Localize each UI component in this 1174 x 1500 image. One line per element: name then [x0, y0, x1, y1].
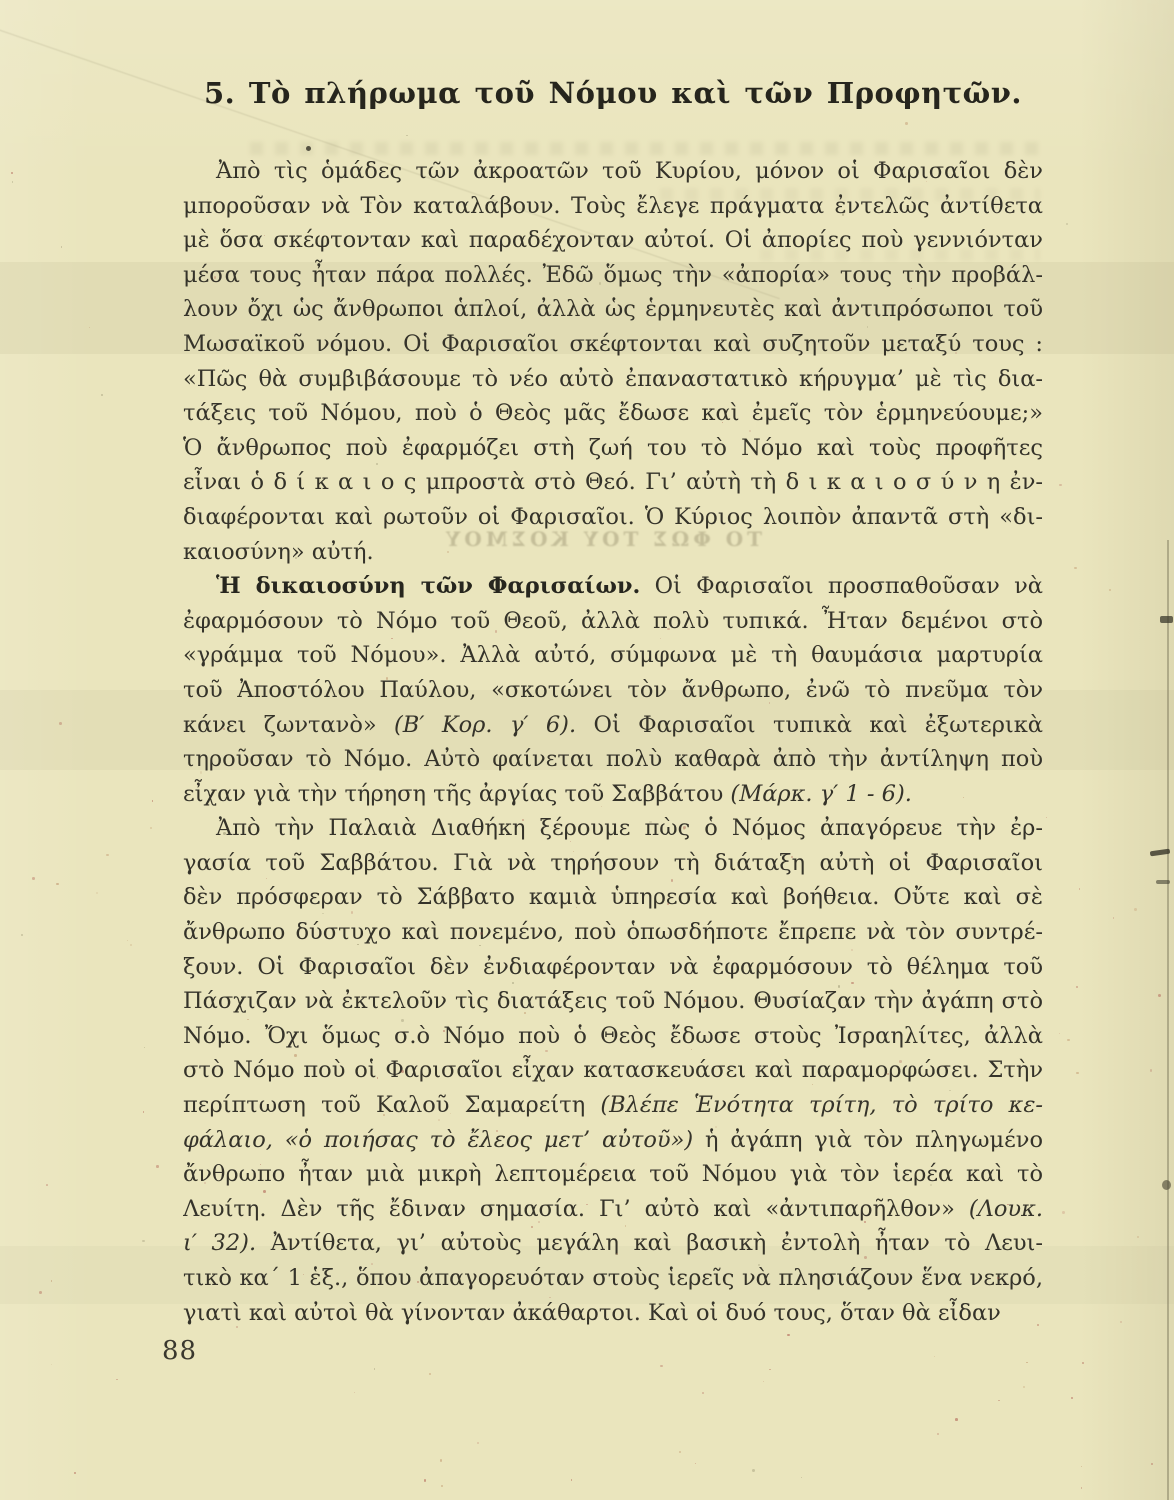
speckle-dot — [127, 940, 129, 942]
text-segment: (Β′ Κορ. γ′ 6). — [394, 712, 576, 738]
text-segment: Ἡ δικαιοσύνη τῶν Φαρισαίων. — [216, 573, 640, 599]
text-segment: «γράμμα τοῦ Νόμου». Ἀλλὰ αὐτό, σύμφωνα μ… — [183, 642, 1043, 668]
text-line: Ἀπὸ τὴν Παλαιὰ Διαθήκη ξέρουμε πὼς ὁ Νόμ… — [183, 811, 1043, 846]
text-segment: τικὸ κα΄ 1 ἑξ., ὅπου ἀπαγορευόταν στοὺς … — [183, 1265, 1043, 1291]
text-line: κάνει ζωντανὸ» (Β′ Κορ. γ′ 6). Οἱ Φαρισα… — [183, 708, 1043, 743]
text-line: Ἡ δικαιοσύνη τῶν Φαρισαίων. Οἱ Φαρισαῖοι… — [183, 569, 1043, 604]
speckle-dot — [89, 327, 90, 328]
speckle-dot — [1081, 1487, 1083, 1489]
text-segment: Οἱ Φαρισαῖοι προσπαθοῦσαν νὰ — [640, 573, 1043, 599]
speckle-dot — [1137, 1236, 1139, 1238]
speckle-dot — [143, 1111, 144, 1112]
speckle-dot — [150, 827, 152, 829]
text-line: εἶναι ὁ δ ί κ α ι ο ς μπροστὰ στὸ Θεό. Γ… — [183, 465, 1043, 500]
text-line: δὲν πρόσφεραν τὸ Σάββατο καμιὰ ὑπηρεσία … — [183, 880, 1043, 915]
text-segment: μέσα τους ἦταν πάρα πολλές. Ἐδῶ ὅμως τὴν… — [183, 262, 1043, 288]
speckle-dot — [32, 877, 35, 880]
text-segment: στὸ Νόμο ποὺ οἱ Φαρισαῖοι εἶχαν κατασκευ… — [183, 1057, 1043, 1083]
page-edge-mark — [1162, 1180, 1171, 1190]
text-line: φάλαιο, «ὁ ποιήσας τὸ ἔλεος μετ’ αὐτοῦ»)… — [183, 1123, 1043, 1158]
speckle-dot — [61, 246, 63, 248]
text-line: στὸ Νόμο ποὺ οἱ Φαρισαῖοι εἶχαν κατασκευ… — [183, 1053, 1043, 1088]
text-segment: καιοσύνη» αὐτή. — [183, 539, 374, 565]
speckle-dot — [144, 1047, 145, 1048]
speckle-dot — [695, 1463, 697, 1465]
speckle-dot — [101, 394, 103, 396]
text-segment: Νόμο. Ὄχι ὅμως σ.ὸ Νόμο ποὺ ὁ Θεὸς ἔδωσε… — [183, 1023, 1043, 1049]
text-segment: εἶχαν γιὰ τὴν τήρηση τῆς ἀργίας τοῦ Σαββ… — [183, 781, 730, 807]
text-line: τικὸ κα΄ 1 ἑξ., ὅπου ἀπαγορευόταν στοὺς … — [183, 1261, 1043, 1296]
speckle-dot — [424, 1479, 426, 1481]
speckle-dot — [56, 883, 59, 886]
speckle-dot — [998, 1400, 1000, 1402]
text-line: ξουν. Οἱ Φαρισαῖοι δὲν ἐνδιαφέρονταν νὰ … — [183, 950, 1043, 985]
speckle-dot — [106, 854, 109, 857]
speckle-dot — [571, 1479, 573, 1481]
text-line: τάξεις τοῦ Νόμου, ποὺ ὁ Θεὸς μᾶς ἔδωσε κ… — [183, 396, 1043, 431]
speckle-dot — [1046, 817, 1047, 818]
page-edge-line — [1167, 540, 1169, 1500]
speckle-dot — [763, 1381, 764, 1382]
text-line: λουν ὄχι ὡς ἄνθρωποι ἁπλοί, ἀλλὰ ὡς ἑρμη… — [183, 292, 1043, 327]
text-segment: γιατὶ καὶ αὐτοὶ θὰ γίνονταν ἀκάθαρτοι. Κ… — [183, 1300, 1001, 1326]
speckle-dot — [21, 934, 23, 936]
speckle-dot — [1113, 917, 1115, 919]
text-line: γασία τοῦ Σαββάτου. Γιὰ νὰ τηρήσουν τὴ δ… — [183, 846, 1043, 881]
speckle-dot — [374, 1368, 376, 1370]
text-line: μὲ ὅσα σκέφτονταν καὶ παραδέχονταν αὐτοί… — [183, 223, 1043, 258]
speckle-dot — [440, 1459, 443, 1462]
text-segment: (Λουκ. — [969, 1196, 1043, 1222]
speckle-dot — [477, 1442, 478, 1443]
speckle-dot — [752, 1469, 755, 1472]
text-segment: ξουν. Οἱ Φαρισαῖοι δὲν ἐνδιαφέρονταν νὰ … — [183, 954, 1043, 985]
speckle-dot — [787, 1334, 789, 1336]
speckle-dot — [152, 800, 154, 802]
speckle-dot — [96, 892, 98, 894]
text-segment: Οἱ Φαρισαῖοι τυπικὰ καὶ ἐξωτερικὰ — [576, 712, 1043, 738]
speckle-dot — [1120, 1321, 1122, 1323]
text-line: Λευίτη. Δὲν τῆς ἔδιναν σημασία. Γι’ αὐτὸ… — [183, 1192, 1043, 1227]
text-segment: ἄνθρωπο δύστυχο καὶ πονεμένο, ποὺ ὁπωσδή… — [183, 919, 1043, 945]
text-segment: μποροῦσαν νὰ Τὸν καταλάβουν. Τοὺς ἔλεγε … — [183, 193, 1043, 219]
text-segment: φάλαιο, «ὁ ποιήσας τὸ ἔλεος μετ’ αὐτοῦ») — [183, 1127, 693, 1153]
speckle-dot — [1109, 589, 1111, 591]
text-segment: Ἀπὸ τὶς ὁμάδες τῶν ἀκροατῶν τοῦ Κυρίου, … — [216, 158, 1043, 184]
speckle-dot — [1059, 484, 1062, 487]
speckle-dot — [1059, 1033, 1060, 1034]
speckle-dot — [1071, 1397, 1073, 1399]
speckle-dot — [1081, 1466, 1082, 1467]
speckle-dot — [769, 1369, 771, 1371]
text-segment: Λευίτη. Δὲν τῆς ἔδιναν σημασία. Γι’ αὐτὸ… — [183, 1196, 969, 1222]
speckle-dot — [39, 1291, 42, 1294]
text-segment: (Μάρκ. γ′ 1 - 6). — [730, 781, 911, 807]
speckle-dot — [1082, 1362, 1084, 1364]
text-line: τοῦ Ἀποστόλου Παύλου, «σκοτώνει τὸν ἄνθρ… — [183, 673, 1043, 708]
section-title: 5. Τὸ πλήρωμα τοῦ Νόμου καὶ τῶν Προφητῶν… — [183, 76, 1043, 110]
text-segment: τάξεις τοῦ Νόμου, ποὺ ὁ Θεὸς μᾶς ἔδωσε κ… — [183, 400, 1043, 426]
page-edge-mark — [1160, 616, 1173, 623]
speckle-dot — [116, 1379, 117, 1380]
text-line: μέσα τους ἦταν πάρα πολλές. Ἐδῶ ὅμως τὴν… — [183, 258, 1043, 293]
text-line: Νόμο. Ὄχι ὅμως σ.ὸ Νόμο ποὺ ὁ Θεὸς ἔδωσε… — [183, 1019, 1043, 1054]
text-line: εἶχαν γιὰ τὴν τήρηση τῆς ἀργίας τοῦ Σαββ… — [183, 777, 1043, 812]
text-segment: ἄνθρωπο ἦταν μιὰ μικρὴ λεπτομέρεια τοῦ Ν… — [183, 1161, 1043, 1187]
speckle-dot — [660, 1365, 663, 1368]
scanned-page: ΤΟ ΦΩΣ ΤΟΥ ΚΟΣΜΟΥ 5. Τὸ πλήρωμα τοῦ Νόμο… — [0, 0, 1174, 1500]
speckle-dot — [1076, 1072, 1078, 1074]
speckle-dot — [934, 1356, 936, 1358]
text-line: ἄνθρωπο ἦταν μιὰ μικρὴ λεπτομέρεια τοῦ Ν… — [183, 1157, 1043, 1192]
text-line: Ὁ ἄνθρωπος ποὺ ἐφαρμόζει στὴ ζωή του τὸ … — [183, 431, 1043, 466]
speckle-dot — [1079, 888, 1081, 890]
speckle-dot — [1151, 1463, 1153, 1465]
speckle-dot — [130, 944, 132, 946]
text-line: περίπτωση τοῦ Καλοῦ Σαμαρείτη (Βλέπε Ἑνό… — [183, 1088, 1043, 1123]
speckle-dot — [1026, 1362, 1027, 1363]
text-segment: διαφέρονται καὶ ρωτοῦν οἱ Φαρισαῖοι. Ὁ Κ… — [183, 504, 1043, 530]
text-line: ἐφαρμόσουν τὸ Νόμο τοῦ Θεοῦ, ἀλλὰ πολὺ τ… — [183, 604, 1043, 639]
speckle-dot — [429, 1373, 432, 1376]
speckle-dot — [406, 135, 408, 137]
speckle-dot — [1150, 1069, 1153, 1072]
speckle-dot — [51, 1280, 53, 1282]
speckle-dot — [1023, 1386, 1025, 1388]
text-line: ι′ 32). Ἀντίθετα, γι’ αὐτοὺς μεγάλη καὶ … — [183, 1226, 1043, 1261]
text-line: Ἀπὸ τὶς ὁμάδες τῶν ἀκροατῶν τοῦ Κυρίου, … — [183, 154, 1043, 189]
speckle-dot — [156, 1165, 158, 1167]
text-segment: (Βλέπε Ἑνότητα τρίτη, τὸ τρίτο κε- — [600, 1092, 1043, 1118]
speckle-dot — [51, 1364, 53, 1366]
speckle-dot — [1158, 994, 1161, 997]
speckle-dot — [1076, 986, 1078, 988]
text-segment: «Πῶς θὰ συμβιβάσουμε τὸ νέο αὐτὸ ἐπαναστ… — [183, 366, 1043, 392]
text-segment: μὲ ὅσα σκέφτονταν καὶ παραδέχονταν αὐτοί… — [183, 227, 1043, 253]
page-number: 88 — [162, 1336, 197, 1366]
speckle-dot — [1062, 1211, 1065, 1214]
text-segment: ἡ ἀγάπη γιὰ τὸν πληγωμένο — [693, 1127, 1043, 1153]
speckle-dot — [354, 1392, 355, 1393]
text-segment: ι′ 32). — [183, 1230, 256, 1256]
speckle-dot — [905, 122, 908, 125]
speckle-dot — [1134, 908, 1137, 911]
speckle-dot — [1067, 1039, 1070, 1042]
speckle-dot — [1074, 567, 1076, 569]
text-block: Ἀπὸ τὶς ὁμάδες τῶν ἀκροατῶν τοῦ Κυρίου, … — [183, 154, 1043, 1330]
text-segment: τηροῦσαν τὸ Νόμο. Αὐτὸ φαίνεται πολὺ καθ… — [183, 746, 1043, 772]
text-line: καιοσύνη» αὐτή. — [183, 535, 1043, 570]
text-segment: εἶναι ὁ δ ί κ α ι ο ς μπροστὰ στὸ Θεό. Γ… — [183, 469, 1043, 495]
ink-blot — [306, 146, 311, 151]
text-segment: ἐφαρμόσουν τὸ Νόμο τοῦ Θεοῦ, ἀλλὰ πολὺ τ… — [183, 608, 1043, 634]
text-line: «Πῶς θὰ συμβιβάσουμε τὸ νέο αὐτὸ ἐπαναστ… — [183, 362, 1043, 397]
speckle-dot — [679, 1451, 681, 1453]
speckle-dot — [59, 722, 62, 725]
text-segment: δὲν πρόσφεραν τὸ Σάββατο καμιὰ ὑπηρεσία … — [183, 884, 1043, 910]
text-segment: γασία τοῦ Σαββάτου. Γιὰ νὰ τηρήσουν τὴ δ… — [183, 850, 1043, 876]
text-segment: Μωσαϊκοῦ νόμου. Οἱ Φαρισαῖοι σκέφτονται … — [183, 331, 1043, 357]
text-segment: λουν ὄχι ὡς ἄνθρωποι ἁπλοί, ἀλλὰ ὡς ἑρμη… — [183, 296, 1043, 322]
text-segment: Ἀπὸ τὴν Παλαιὰ Διαθήκη ξέρουμε πὼς ὁ Νόμ… — [216, 815, 1043, 841]
text-segment: κάνει ζωντανὸ» — [183, 712, 394, 738]
text-line: διαφέρονται καὶ ρωτοῦν οἱ Φαρισαῖοι. Ὁ Κ… — [183, 500, 1043, 535]
speckle-dot — [74, 1472, 76, 1474]
speckle-dot — [441, 1485, 443, 1487]
text-line: ἄνθρωπο δύστυχο καὶ πονεμένο, ποὺ ὁπωσδή… — [183, 915, 1043, 950]
text-segment: Ἀντίθετα, γι’ αὐτοὺς μεγάλη καὶ βασικὴ ἐ… — [256, 1230, 1043, 1256]
text-segment: Πάσχιζαν νὰ ἐκτελοῦν τὶς διατάξεις τοῦ Ν… — [183, 988, 1043, 1014]
text-segment: τοῦ Ἀποστόλου Παύλου, «σκοτώνει τὸν ἄνθρ… — [183, 677, 1043, 703]
speckle-dot — [1066, 223, 1068, 225]
speckle-dot — [801, 1477, 802, 1478]
text-line: «γράμμα τοῦ Νόμου». Ἀλλὰ αὐτό, σύμφωνα μ… — [183, 638, 1043, 673]
text-line: γιατὶ καὶ αὐτοὶ θὰ γίνονταν ἀκάθαρτοι. Κ… — [183, 1296, 1043, 1331]
speckle-dot — [702, 1392, 704, 1394]
speckle-dot — [937, 1433, 939, 1435]
page-edge-mark — [1156, 880, 1170, 884]
speckle-dot — [955, 1418, 958, 1421]
speckle-dot — [46, 1184, 48, 1186]
text-line: Μωσαϊκοῦ νόμου. Οἱ Φαρισαῖοι σκέφτονται … — [183, 327, 1043, 362]
text-line: μποροῦσαν νὰ Τὸν καταλάβουν. Τοὺς ἔλεγε … — [183, 189, 1043, 224]
speckle-dot — [11, 172, 13, 174]
text-line: Πάσχιζαν νὰ ἐκτελοῦν τὶς διατάξεις τοῦ Ν… — [183, 984, 1043, 1019]
text-segment: Ὁ ἄνθρωπος ποὺ ἐφαρμόζει στὴ ζωή του τὸ … — [183, 435, 1043, 461]
text-line: τηροῦσαν τὸ Νόμο. Αὐτὸ φαίνεται πολὺ καθ… — [183, 742, 1043, 777]
speckle-dot — [142, 1240, 145, 1243]
text-segment: περίπτωση τοῦ Καλοῦ Σαμαρείτη — [183, 1092, 600, 1118]
speckle-dot — [12, 181, 14, 183]
